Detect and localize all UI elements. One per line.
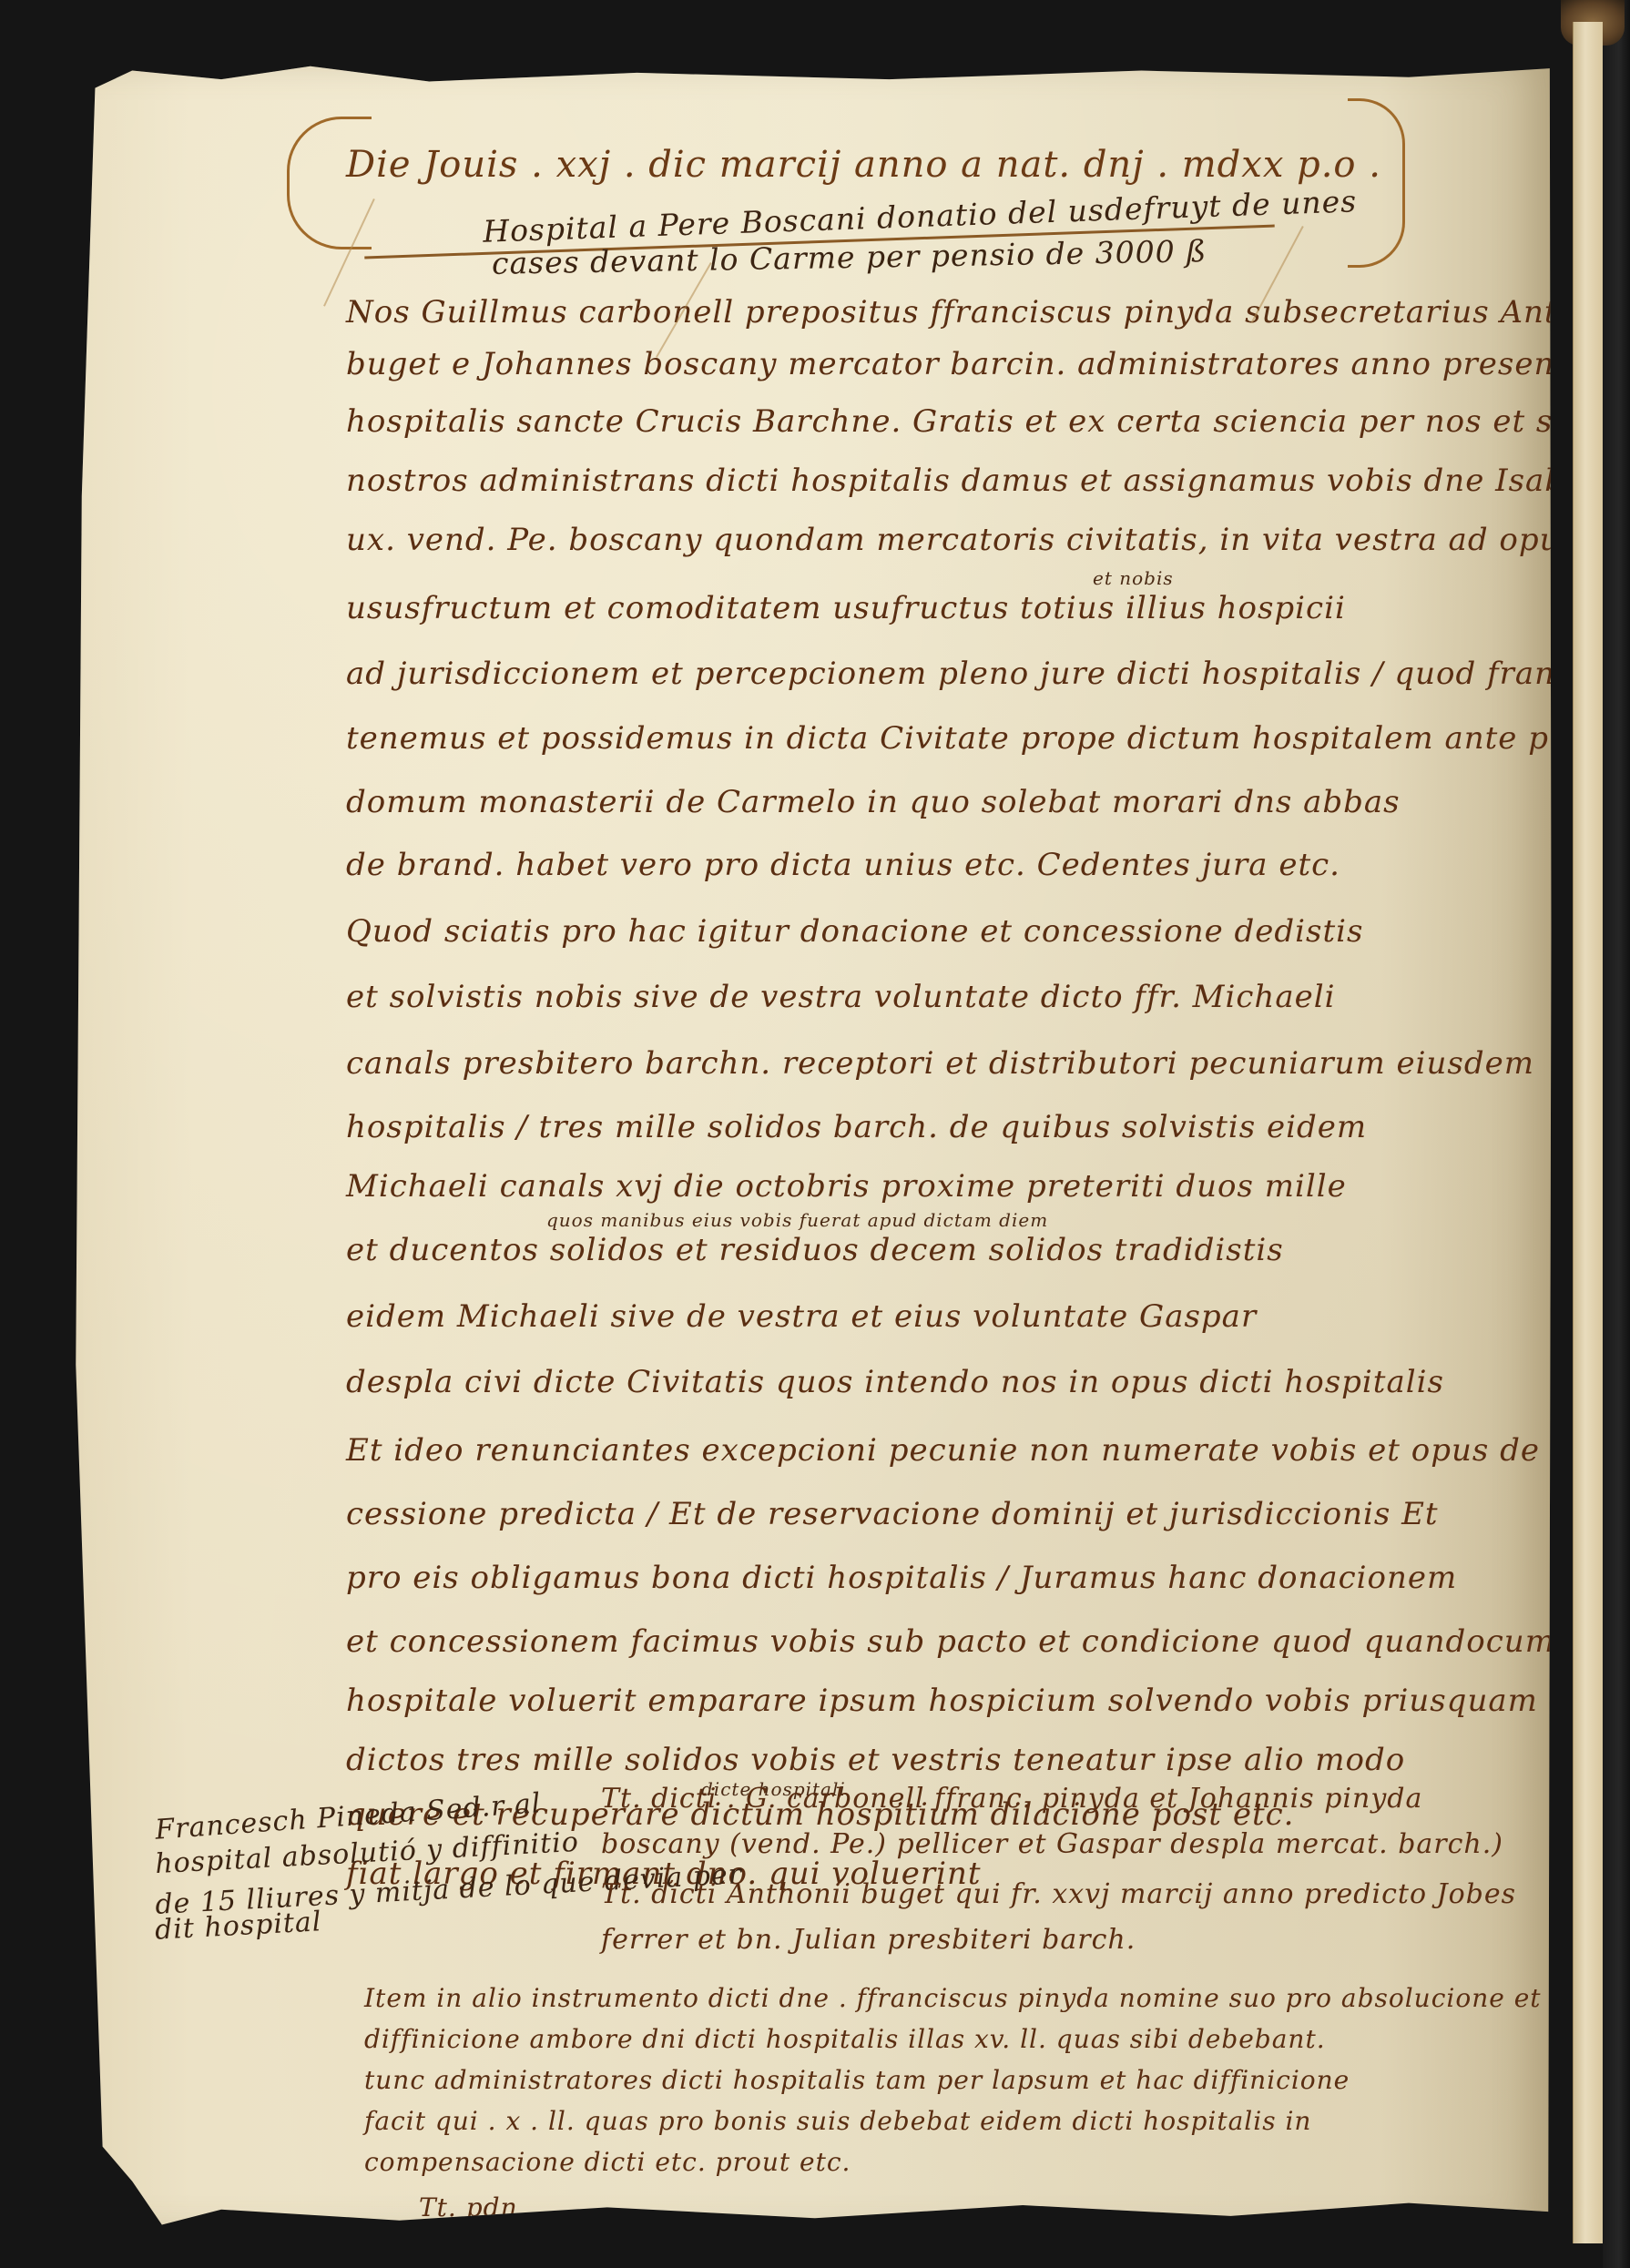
body-line-21: pro eis obligamus bona dicti hospitalis … xyxy=(346,1560,1457,1596)
interlinear-note-1: et nobis xyxy=(1093,567,1174,589)
body-line-2: buget e Johannes boscany mercator barcin… xyxy=(346,346,1579,382)
manuscript-page: Die Jouis . xxj . dic marcij anno a nat.… xyxy=(73,62,1557,2233)
signoff: Tt. pdn xyxy=(419,2192,518,2222)
body-line-18: despla civi dicte Civitatis quos intendo… xyxy=(346,1364,1444,1400)
body-line-7: ad jurisdiccionem et percepcionem pleno … xyxy=(346,656,1630,692)
body-line-23: hospitale voluerit emparare ipsum hospic… xyxy=(346,1683,1538,1719)
body-line-22: et concessionem facimus vobis sub pacto … xyxy=(346,1623,1630,1660)
body-line-3: hospitalis sancte Crucis Barchne. Gratis… xyxy=(346,403,1630,440)
body-line-13: canals presbitero barchn. receptori et d… xyxy=(346,1045,1534,1082)
interlinear-note-2: quos manibus eius vobis fuerat apud dict… xyxy=(546,1209,1048,1231)
book-binding-edge xyxy=(1603,0,1630,2268)
witness-line-3: Tt. dicti Anthonii buget qui fr. xxvj ma… xyxy=(601,1878,1516,1910)
body-line-20: cessione predicta / Et de reservacione d… xyxy=(346,1496,1439,1532)
body-line-17: eidem Michaeli sive de vestra et eius vo… xyxy=(346,1298,1257,1335)
body-line-9: domum monasterii de Carmelo in quo soleb… xyxy=(346,784,1401,820)
body-line-15: Michaeli canals xvj die octobris proxime… xyxy=(346,1168,1347,1205)
body-line-5: ux. vend. Pe. boscany quondam mercatoris… xyxy=(346,522,1630,558)
witness-line-2: boscany (vend. Pe.) pellicer et Gaspar d… xyxy=(601,1828,1503,1860)
body-line-12: et solvistis nobis sive de vestra volunt… xyxy=(346,979,1335,1015)
body-line-19: Et ideo renunciantes excepcioni pecunie … xyxy=(346,1432,1540,1469)
final-line-4: facit qui . x . ll. quas pro bonis suis … xyxy=(364,2106,1311,2136)
body-line-8: tenemus et possidemus in dicta Civitate … xyxy=(346,720,1630,757)
witness-line-4: ferrer et bn. Julian presbiteri barch. xyxy=(601,1924,1136,1956)
body-line-6: ususfructum et comoditatem usufructus to… xyxy=(346,590,1346,626)
final-line-5: compensacione dicti etc. prout etc. xyxy=(364,2147,851,2177)
body-line-4: nostros administrans dicti hospitalis da… xyxy=(346,463,1606,499)
final-line-3: tunc administratores dicti hospitalis ta… xyxy=(364,2065,1350,2095)
underlying-leaf-edge xyxy=(1573,22,1603,2243)
body-line-24: dictos tres mille solidos vobis et vestr… xyxy=(346,1742,1405,1778)
heading-date-line: Die Jouis . xxj . dic marcij anno a nat.… xyxy=(346,144,1381,186)
witness-line-1: Tt. dicti . G. carbonell ffranc. pinyda … xyxy=(601,1783,1422,1815)
body-line-16: et ducentos solidos et residuos decem so… xyxy=(346,1232,1284,1268)
body-line-10: de brand. habet vero pro dicta unius etc… xyxy=(346,847,1340,883)
final-line-1: Item in alio instrumento dicti dne . ffr… xyxy=(364,1983,1542,2013)
final-line-2: diffinicione ambore dni dicti hospitalis… xyxy=(364,2024,1326,2054)
body-line-14: hospitalis / tres mille solidos barch. d… xyxy=(346,1109,1367,1145)
body-line-11: Quod sciatis pro hac igitur donacione et… xyxy=(346,913,1364,950)
body-line-1: Nos Guillmus carbonell prepositus ffranc… xyxy=(346,294,1630,331)
